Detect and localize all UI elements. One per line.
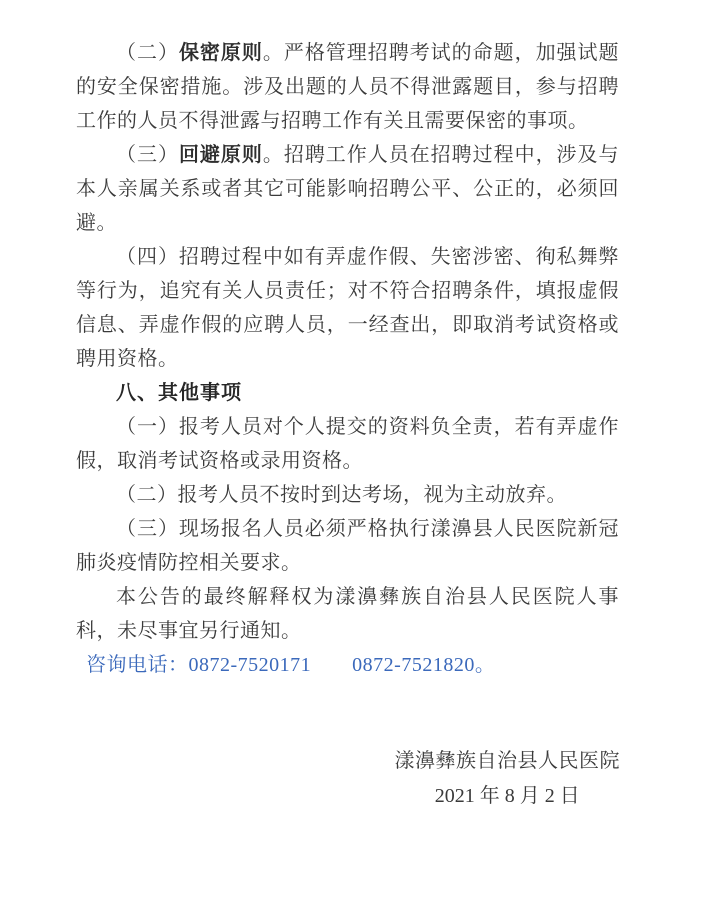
document-page: （二）保密原则。严格管理招聘考试的命题，加强试题的安全保密措施。涉及出题的人员不…	[0, 0, 702, 919]
paragraph-other-2: （二）报考人员不按时到达考场，视为主动放弃。	[76, 478, 619, 512]
paragraph-final-interpretation: 本公告的最终解释权为漾濞彝族自治县人民医院人事科，未尽事宜另行通知。	[76, 580, 619, 648]
paragraph-avoidance-principle: （三）回避原则。招聘工作人员在招聘过程中，涉及与本人亲属关系或者其它可能影响招聘…	[76, 138, 619, 240]
paragraph-fraud-consequences: （四）招聘过程中如有弄虚作假、失密涉密、徇私舞弊等行为，追究有关人员责任；对不符…	[76, 240, 619, 376]
item-number: （二）	[116, 42, 179, 64]
paragraph-other-1: （一）报考人员对个人提交的资料负全责，若有弄虚作假，取消考试资格或录用资格。	[76, 410, 619, 478]
item-number: （三）	[116, 144, 179, 166]
avoidance-principle-title: 回避原则	[179, 144, 263, 166]
issue-date: 2021 年 8 月 2 日	[435, 779, 580, 814]
paragraph-other-3: （三）现场报名人员必须严格执行漾濞县人民医院新冠肺炎疫情防控相关要求。	[76, 512, 619, 580]
paragraph-secrecy-principle: （二）保密原则。严格管理招聘考试的命题，加强试题的安全保密措施。涉及出题的人员不…	[76, 36, 619, 138]
contact-phone-line: 咨询电话：0872-7520171 0872-7521820。	[76, 648, 619, 682]
secrecy-principle-title: 保密原则	[179, 42, 263, 64]
document-body: （二）保密原则。严格管理招聘考试的命题，加强试题的安全保密措施。涉及出题的人员不…	[0, 0, 702, 682]
section-heading-other-matters: 八、其他事项	[76, 376, 619, 410]
issuing-organization: 漾濞彝族自治县人民医院	[395, 744, 621, 779]
signature-block: 漾濞彝族自治县人民医院 2021 年 8 月 2 日	[395, 744, 621, 814]
